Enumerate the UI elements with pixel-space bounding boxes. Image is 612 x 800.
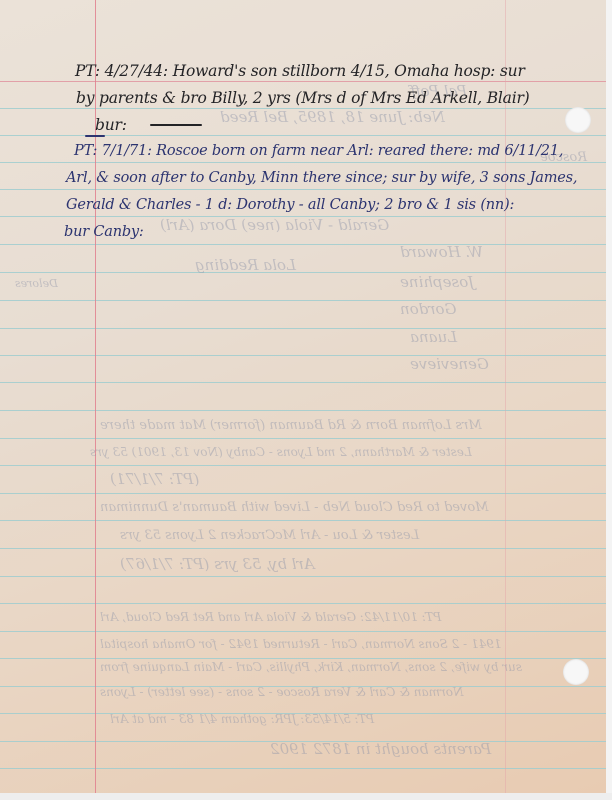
bleed-through-text: (PT: 7/1/71) xyxy=(110,470,199,488)
scan-edge-right xyxy=(606,0,612,800)
ruled-line xyxy=(0,162,606,163)
bleed-through-text: W. Howard xyxy=(400,243,483,261)
entry-1-line-1: PT: 4/27/44: Howard's son stillborn 4/15… xyxy=(75,62,525,80)
ruled-line xyxy=(0,768,606,769)
bleed-through-text: Mrs Lofman Born & Rd Bauman (former) Mat… xyxy=(100,418,482,433)
bleed-through-text: Lola Redding xyxy=(195,256,296,274)
underline-mark xyxy=(85,135,105,137)
ruled-line xyxy=(0,355,606,356)
ruled-line xyxy=(0,631,606,632)
ruled-line xyxy=(0,465,606,466)
scan-edge-bottom xyxy=(0,793,612,800)
bleed-through-text: Arl by, 53 yrs (PT: 7/1/67) xyxy=(120,555,315,573)
ruled-line xyxy=(0,603,606,604)
bleed-through-text: Genevieve xyxy=(410,355,489,373)
bleed-through-text: PT: 10/11/42: Gerald & Viola Arl and Ret… xyxy=(100,610,441,624)
bleed-through-text: Moved to Red Cloud Neb - Lived with Baum… xyxy=(100,500,489,515)
top-pink-rule xyxy=(0,81,606,82)
bleed-through-text: Gordon xyxy=(400,300,456,318)
ruled-line xyxy=(0,576,606,577)
bleed-through-text: Josephine xyxy=(400,273,474,291)
binder-hole-top xyxy=(565,107,591,133)
notebook-page: Pal Poff Neb: June 18, 1895, Bel Reed Ro… xyxy=(0,0,606,793)
bleed-through-text: sur by wife, 2 sons, Norman, Kirk, Phyll… xyxy=(100,660,522,674)
ruled-line xyxy=(0,658,606,659)
entry-2-line-1: PT: 7/1/71: Roscoe born on farm near Arl… xyxy=(74,143,563,159)
ruled-line xyxy=(0,438,606,439)
entry-2-line-3: Gerald & Charles - 1 d: Dorothy - all Ca… xyxy=(66,197,514,213)
bleed-through-text: Parents bought in 1872 1902 xyxy=(270,740,491,758)
bleed-through-text: Luana xyxy=(410,328,457,346)
bleed-through-text: Lester & Lou - Arl McCracken 2 Lyons 53 … xyxy=(120,528,419,543)
ruled-line xyxy=(0,548,606,549)
right-margin-line xyxy=(505,0,506,793)
ruled-line xyxy=(0,300,606,301)
ruled-line xyxy=(0,382,606,383)
ruled-line xyxy=(0,493,606,494)
binder-hole-bottom xyxy=(563,659,589,685)
bleed-through-text: PT: 5/14/53: JPR: gotham 4/1 83 - md at … xyxy=(110,712,374,726)
bleed-through-text: Gerald - Viola (nee) Dora (Arl) xyxy=(160,216,389,234)
ruled-line xyxy=(0,328,606,329)
bleed-through-text: Delores xyxy=(15,277,58,290)
ruled-line xyxy=(0,189,606,190)
ruled-line xyxy=(0,410,606,411)
bleed-through-text: 1941 - 2 Sons Norman, Carl - Returned 19… xyxy=(100,637,501,651)
bleed-through-text: Norman & Carl & Vera Roscoe - 2 sons - (… xyxy=(100,685,463,699)
entry-1-line-2: by parents & bro Billy, 2 yrs (Mrs d of … xyxy=(76,89,530,107)
ruled-line xyxy=(0,272,606,273)
dash-stroke xyxy=(150,124,202,126)
bleed-through-text: Lester & Marthann, 2 md Lyons - Canby (N… xyxy=(90,445,472,459)
bleed-through-text: Neb: June 18, 1895, Bel Reed xyxy=(220,108,445,126)
entry-2-line-4: bur Canby: xyxy=(64,224,144,240)
entry-2-line-2: Arl, & soon after to Canby, Minn there s… xyxy=(66,170,577,186)
ruled-line xyxy=(0,244,606,245)
entry-1-line-3: bur: xyxy=(95,116,127,134)
ruled-line xyxy=(0,520,606,521)
